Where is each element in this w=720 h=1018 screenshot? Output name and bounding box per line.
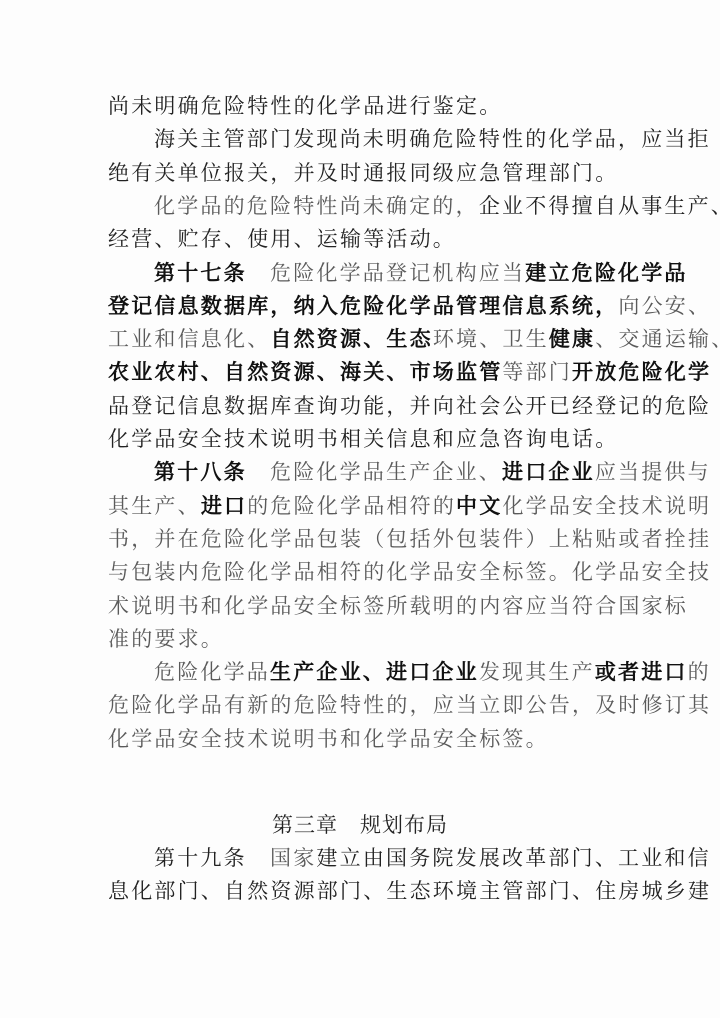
text-run: 品登记信息数据库查询功能，并向社会公开已经登记的危险 [108,394,711,418]
text-line: 书，并在危险化学品包装（包括外包装件）上粘贴或者拴挂 [108,523,612,556]
text-line: 化学品安全技术说明书和化学品安全标签。 [108,723,612,756]
text-run: 工业和信息化、 [108,327,270,351]
text-run: 与包装内危险化学品相符的化学品安全标签。化学品安全技 [108,560,711,584]
text-run: 发现其生产 [479,660,595,684]
text-line: 第十八条 危险化学品生产企业、进口企业应当提供与 [108,456,612,489]
text-line: 化学品安全技术说明书相关信息和应急咨询电话。 [108,423,612,456]
text-run: 建立由国务院发展改革部门、工业和信 [316,846,710,870]
text-line: 绝有关单位报关，并及时通报同级应急管理部门。 [108,157,612,190]
text-line: 危险化学品有新的危险特性的，应当立即公告，及时修订其 [108,689,612,722]
text-line: 登记信息数据库，纳入危险化学品管理信息系统，向公安、 [108,290,612,323]
text-run: 危险化学品登记机构应当 [247,261,525,285]
text-run: 环境、卫生 [433,327,549,351]
text-run: 或者进口 [595,660,688,684]
text-run: 等部门 [502,360,572,384]
text-run: 的危险化学品相符的 [247,494,456,518]
text-line: 农业农村、自然资源、海关、市场监管等部门开放危险化学 [108,356,612,389]
text-run: 海关主管部门发现尚未明确危险特性的化学品，应当拒 [154,127,711,151]
text-run: 尚未明确危险特性的化学品进行鉴定。 [108,94,502,118]
text-run: 国家 [247,846,317,870]
text-line: 尚未明确危险特性的化学品进行鉴定。 [108,90,612,123]
text-line: 海关主管部门发现尚未明确危险特性的化学品，应当拒 [108,123,612,156]
text-run: 第十八条 [154,460,247,484]
text-line: 工业和信息化、自然资源、生态环境、卫生健康、交通运输、 [108,323,612,356]
text-run: 进口 [201,494,247,518]
text-run: 、交通运输、 [595,327,720,351]
text-run: 危险化学品 [154,660,270,684]
text-run: 健康 [549,327,595,351]
text-line: 经营、贮存、使用、运输等活动。 [108,223,612,256]
text-line: 第十七条 危险化学品登记机构应当建立危险化学品 [108,257,612,290]
text-run: 化学品的危险特性尚未确定的， [154,194,479,218]
text-run: 化学品安全技术说明书相关信息和应急咨询电话。 [108,427,618,451]
text-run: 危险化学品有新的危险特性的，应当立即公告，及时修订其 [108,693,711,717]
text-line: 化学品的危险特性尚未确定的，企业不得擅自从事生产、 [108,190,612,223]
text-run: 化学品安全技术说明书和化学品安全标签。 [108,727,549,751]
text-line: 第十九条 国家建立由国务院发展改革部门、工业和信 [108,842,612,875]
text-run: 进口企业 [502,460,595,484]
text-line: 息化部门、自然资源部门、生态环境主管部门、住房城乡建 [108,875,612,908]
text-run: 其生产、 [108,494,201,518]
text-run: 企业不得擅自从事生产、 [479,194,720,218]
text-run: 术说明书和化学品安全标签所载明的内容应当符合国家标 [108,594,688,618]
text-line: 其生产、进口的危险化学品相符的中文化学品安全技术说明 [108,490,612,523]
text-run: 经营、贮存、使用、运输等活动。 [108,227,456,251]
text-run: 农业农村、自然资源、海关、市场监管 [108,360,502,384]
text-run: 建立危险化学品 [525,261,687,285]
text-run: 自然资源、生态 [270,327,432,351]
text-run: 第十九条 [154,846,247,870]
text-line: 品登记信息数据库查询功能，并向社会公开已经登记的危险 [108,390,612,423]
text-run: 息化部门、自然资源部门、生态环境主管部门、住房城乡建 [108,879,711,903]
text-line: 危险化学品生产企业、进口企业发现其生产或者进口的 [108,656,612,689]
text-run: 登记信息数据库，纳入危险化学品管理信息系统， [108,294,618,318]
text-run: 化学品安全技术说明 [502,494,711,518]
text-run: 准的要求。 [108,627,224,651]
text-run: 的 [688,660,711,684]
text-run: 生产企业、进口企业 [270,660,479,684]
text-run: 向公安、 [618,294,711,318]
text-run: 中文 [456,494,502,518]
text-run: 第十七条 [154,261,247,285]
text-run: 开放危险化学 [572,360,711,384]
chapter-heading: 第三章 规划布局 [0,809,720,842]
text-run: 绝有关单位报关，并及时通报同级应急管理部门。 [108,161,618,185]
text-run: 应当提供与 [595,460,711,484]
text-line: 与包装内危险化学品相符的化学品安全标签。化学品安全技 [108,556,612,589]
text-run: 书，并在危险化学品包装（包括外包装件）上粘贴或者拴挂 [108,527,711,551]
text-line: 术说明书和化学品安全标签所载明的内容应当符合国家标 [108,590,612,623]
document-page: 尚未明确危险特性的化学品进行鉴定。海关主管部门发现尚未明确危险特性的化学品，应当… [0,0,720,1018]
text-line: 准的要求。 [108,623,612,656]
text-run: 危险化学品生产企业、 [247,460,502,484]
